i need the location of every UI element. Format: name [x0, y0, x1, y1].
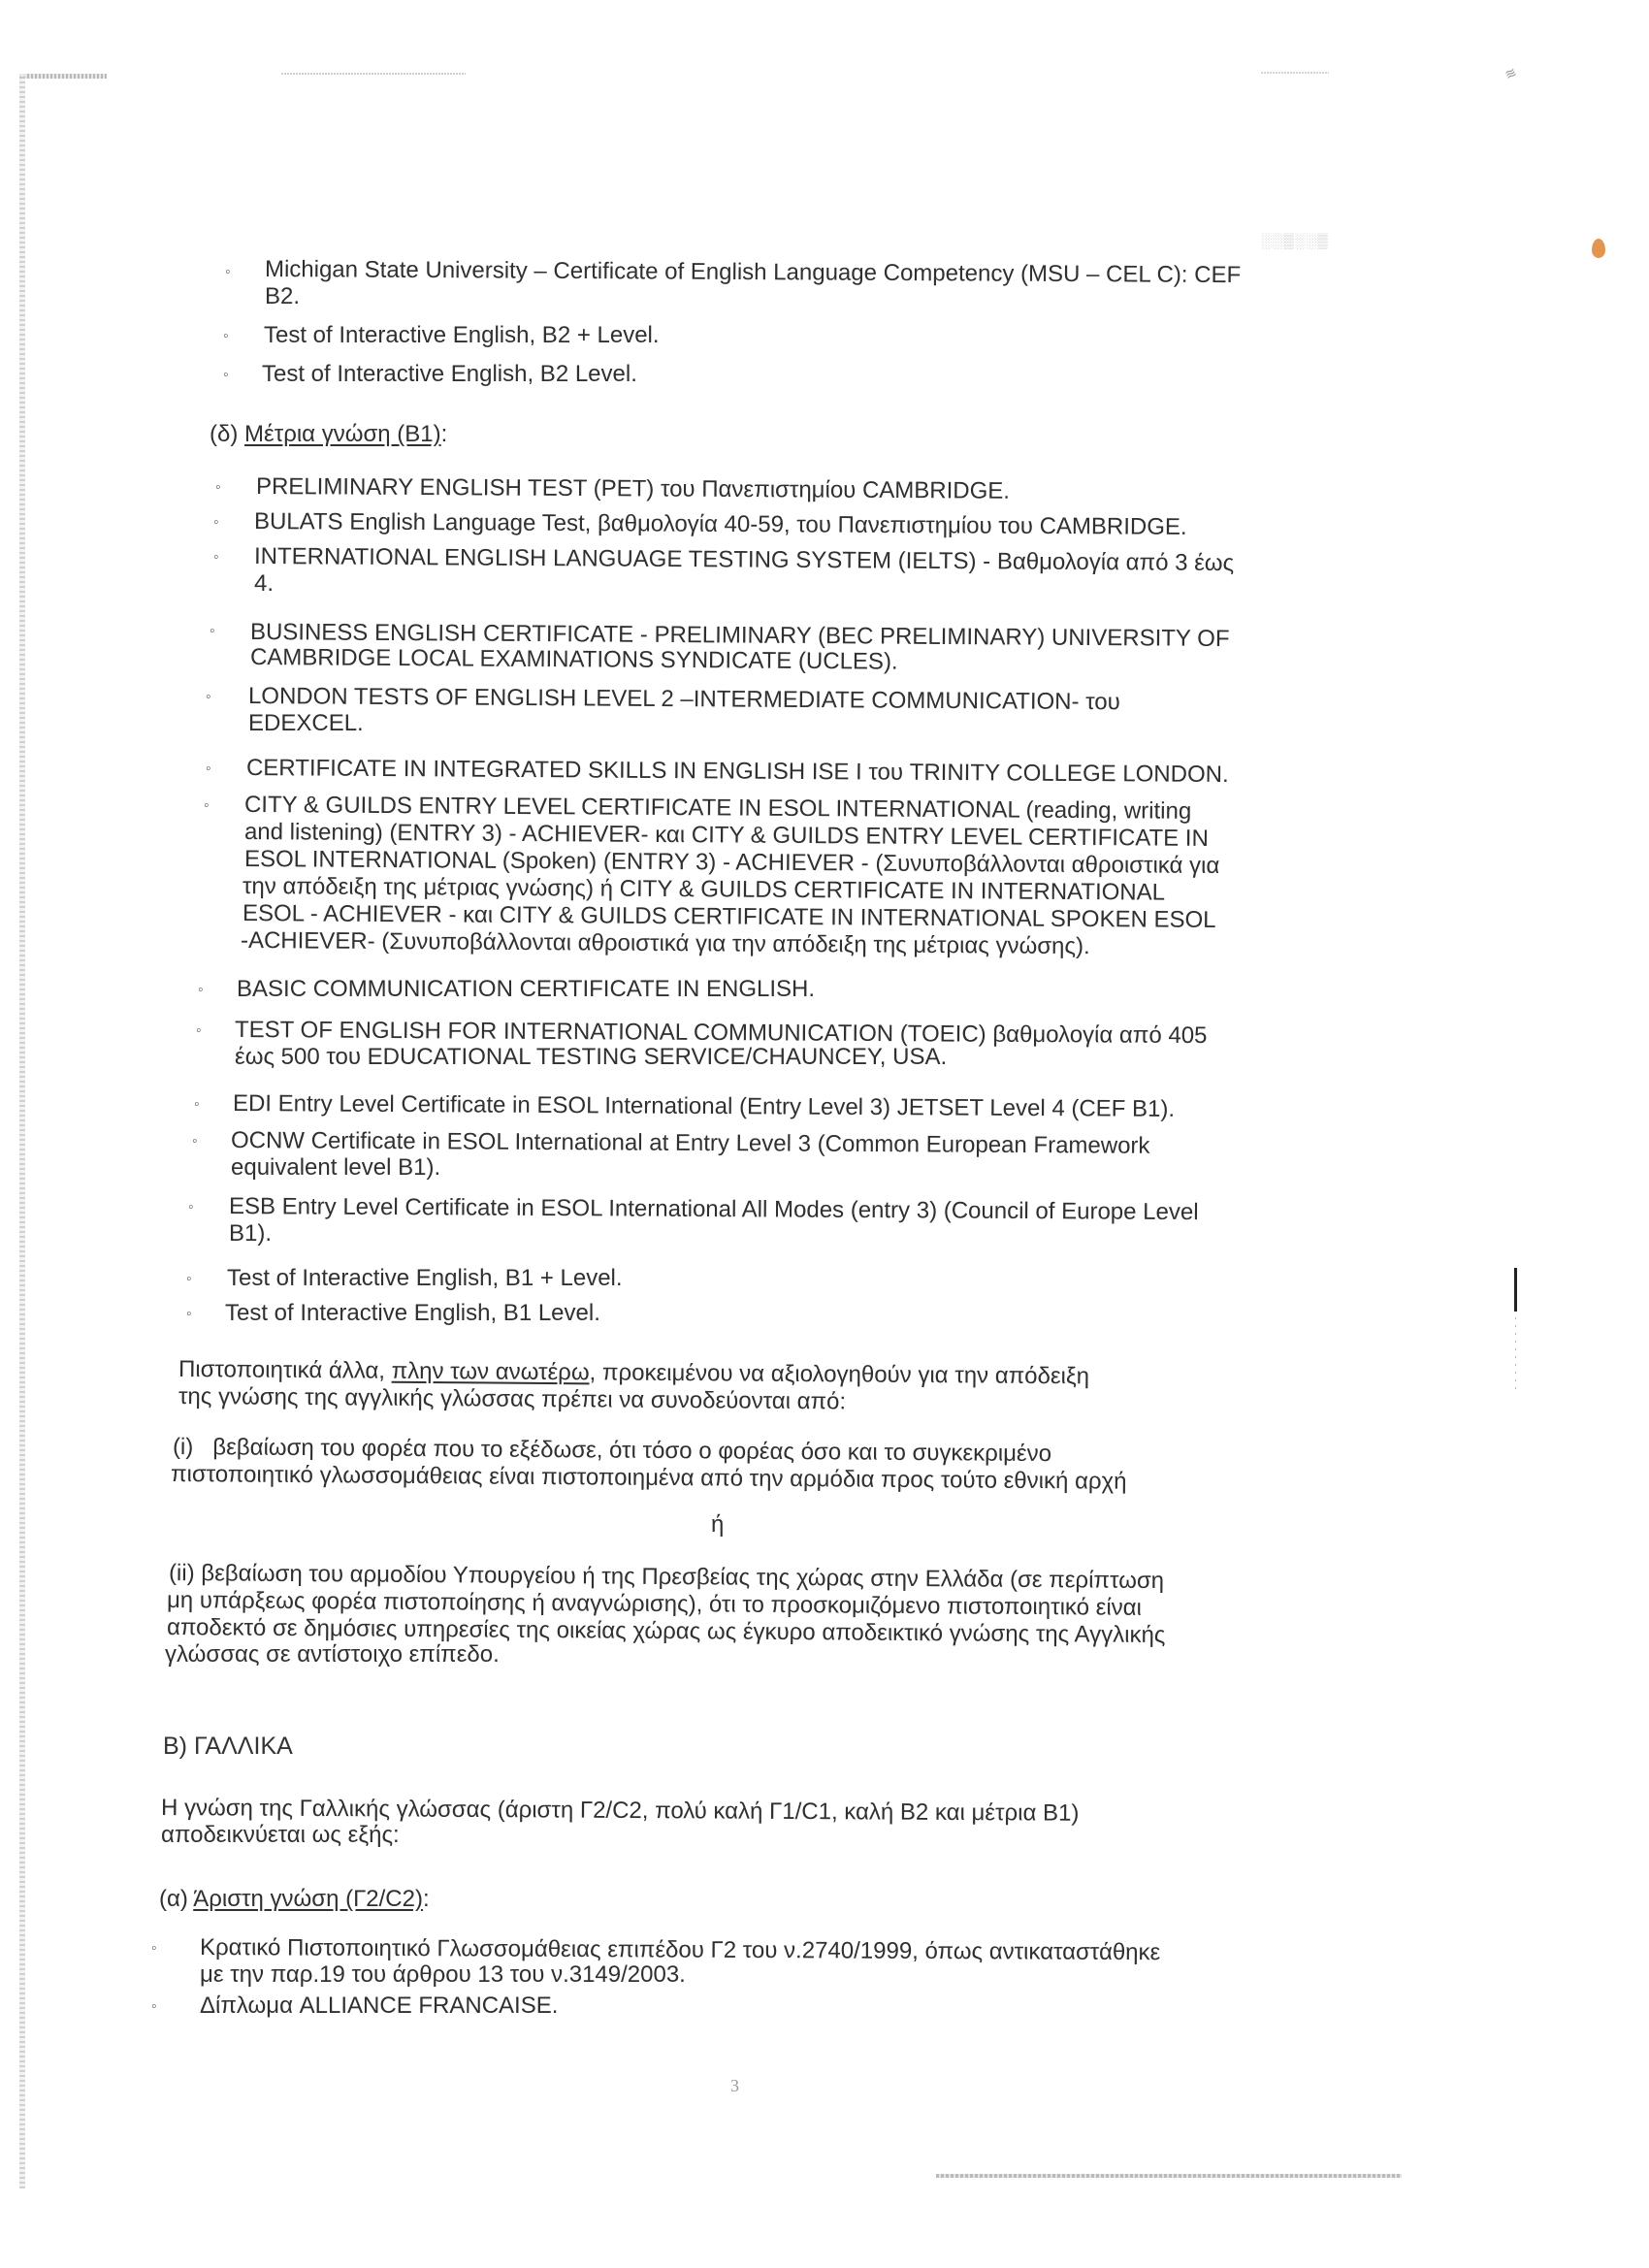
bullet-icon: ◦: [213, 514, 219, 532]
list-item: Test of Interactive English, B2 + Level.: [264, 322, 660, 349]
bullet-icon: ◦: [225, 264, 231, 281]
text-run: Πιστοποιητικά άλλα,: [178, 1356, 392, 1384]
list-item: Michigan State University – Certificate …: [265, 256, 1241, 289]
section-label: (α): [159, 1886, 188, 1912]
paragraph-line: γλώσσας σε αντίστοιχο επίπεδο.: [165, 1641, 500, 1669]
bullet-icon: ◦: [223, 367, 229, 384]
bullet-icon: ◦: [196, 1022, 202, 1040]
page-number: 3: [730, 2076, 739, 2096]
list-item-cont: -ACHIEVER- (Συνυποβάλλονται αθροιστικά γ…: [241, 927, 1090, 960]
list-item: Test of Interactive English, B2 Level.: [262, 361, 637, 388]
bullet-icon: ◦: [192, 1133, 198, 1150]
bullet-icon: ◦: [210, 623, 215, 640]
scan-artifact-line: [281, 73, 466, 75]
list-item-cont: με την παρ.19 του άρθρου 13 του ν.3149/2…: [200, 1961, 686, 1989]
list-item: Test of Interactive English, B1 + Level.: [227, 1265, 623, 1292]
bullet-icon: ◦: [204, 797, 210, 815]
list-item-cont: B1).: [229, 1220, 272, 1247]
paragraph-line: της γνώσης της αγγλικής γλώσσας πρέπει ν…: [178, 1383, 846, 1415]
bullet-icon: ◦: [213, 549, 219, 567]
scan-artifact-corner: [19, 74, 107, 79]
list-item: ESB Entry Level Certificate in ESOL Inte…: [229, 1193, 1199, 1226]
list-item-cont: έως 500 του EDUCATIONAL TESTING SERVICE/…: [235, 1044, 947, 1071]
bullet-icon: ◦: [198, 982, 204, 999]
text-run: , προκειμένου να αξιολογηθούν για την απ…: [590, 1359, 1090, 1389]
list-item-cont: B2.: [265, 283, 300, 310]
paragraph-line: αποδεικνύεται ως εξής:: [161, 1822, 400, 1849]
scan-artifact-dots: [1515, 1312, 1516, 1389]
scan-artifact-margin: [19, 74, 25, 2188]
list-item: Test of Interactive English, B1 Level.: [225, 1300, 600, 1327]
section-title: Άριστη γνώση (Γ2/C2): [193, 1886, 423, 1912]
bullet-icon: ◦: [206, 761, 211, 778]
section-title-suffix: :: [441, 421, 448, 447]
section-heading: (δ) Μέτρια γνώση (Β1):: [210, 421, 447, 448]
option-label: (i): [173, 1434, 194, 1460]
section-title-suffix: :: [423, 1886, 430, 1912]
section-heading-french: Β) ΓΑΛΛΙΚΑ: [163, 1733, 293, 1760]
list-item: BULATS English Language Test, βαθμολογία…: [254, 508, 1187, 541]
list-item-cont: equivalent level B1).: [231, 1154, 440, 1182]
scanned-page: ≋ ░░▒░░▒ ◦ Michigan State University – C…: [0, 0, 1649, 2268]
or-separator: ή: [711, 1511, 724, 1539]
bullet-icon: ◦: [206, 689, 211, 706]
underlined-text: πλην των ανωτέρω: [392, 1358, 590, 1386]
list-item: EDI Entry Level Certificate in ESOL Inte…: [233, 1090, 1175, 1123]
scan-artifact-stamp: ░░▒░░▒: [1261, 233, 1377, 254]
list-item: INTERNATIONAL ENGLISH LANGUAGE TESTING S…: [254, 543, 1234, 577]
bullet-icon: ◦: [186, 1271, 192, 1288]
list-item: Δίπλωμα ALLIANCE FRANCAISE.: [200, 1993, 558, 2020]
list-item: CERTIFICATE IN INTEGRATED SKILLS IN ENGL…: [246, 755, 1229, 789]
bullet-icon: ◦: [223, 328, 229, 345]
scan-artifact-mark: ≋: [1503, 61, 1527, 86]
option-label: (ii): [169, 1560, 195, 1586]
bullet-icon: ◦: [186, 1306, 192, 1323]
list-item: BASIC COMMUNICATION CERTIFICATE IN ENGLI…: [237, 976, 815, 1003]
section-label: (δ): [210, 421, 238, 447]
list-item: PRELIMINARY ENGLISH TEST (PET) του Πανεπ…: [256, 473, 1010, 505]
list-item-cont: 4.: [254, 570, 274, 598]
list-item: LONDON TESTS OF ENGLISH LEVEL 2 –INTERME…: [248, 683, 1120, 716]
list-item-cont: EDEXCEL.: [248, 710, 364, 737]
bullet-icon: ◦: [215, 479, 221, 497]
bullet-icon: ◦: [151, 1998, 157, 2016]
list-item-cont: CAMBRIDGE LOCAL EXAMINATIONS SYNDICATE (…: [250, 644, 898, 676]
bullet-icon: ◦: [188, 1199, 194, 1216]
bullet-icon: ◦: [151, 1940, 157, 1958]
scan-artifact-bar: [1514, 1268, 1517, 1312]
orange-stain: [1592, 239, 1605, 258]
bullet-icon: ◦: [194, 1096, 200, 1114]
scan-artifact-line: [936, 2174, 1402, 2178]
section-title: Μέτρια γνώση (Β1): [244, 421, 441, 447]
subsection-heading: (α) Άριστη γνώση (Γ2/C2):: [159, 1886, 430, 1913]
scan-artifact-line: [1261, 72, 1329, 74]
